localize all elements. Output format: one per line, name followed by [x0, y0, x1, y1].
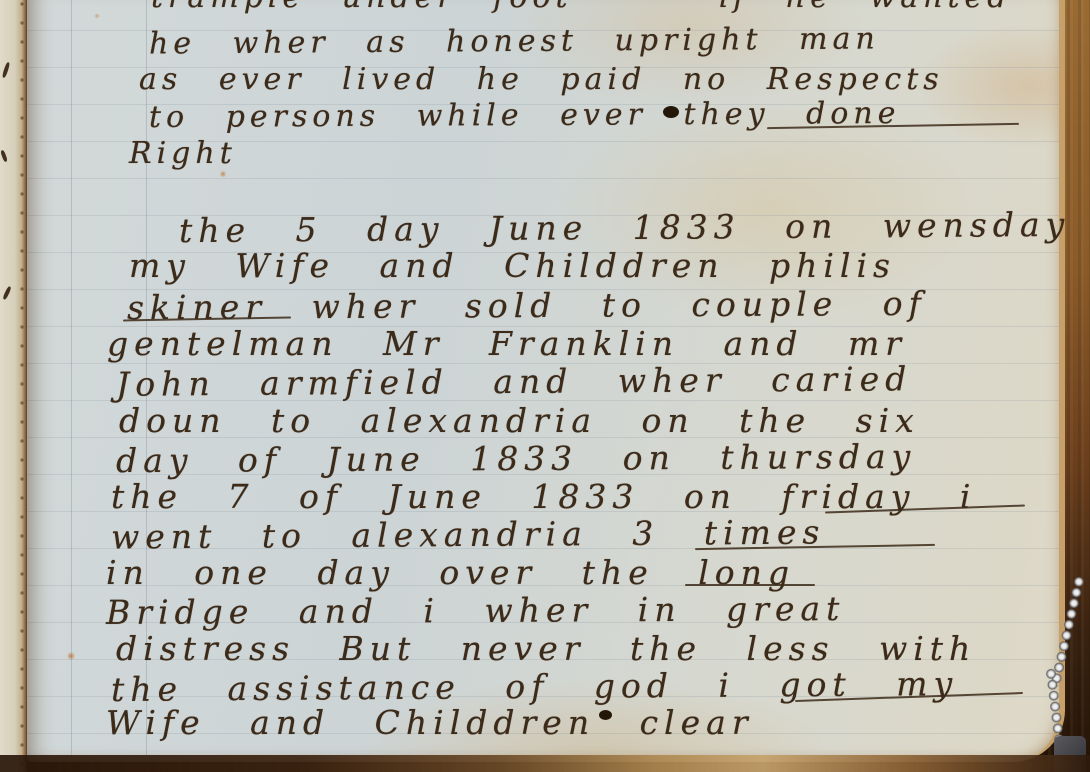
handwritten-line: as ever lived he paid no Respects [139, 62, 944, 97]
handwritten-line: doun to alexandria on the six [119, 401, 920, 440]
handwritten-line: Wife and Childdren clear [106, 703, 754, 742]
handwritten-line: John armfield and wher caried [116, 359, 913, 404]
ink-blot [663, 106, 679, 118]
handwritten-line: the 5 day June 1833 on wensday [179, 205, 1070, 250]
book-bottom-edge [0, 755, 1090, 772]
handwritten-line: Bridge and i wher in great [106, 589, 846, 632]
diary-photo: trample under foot if he wanted he wher … [0, 0, 1090, 772]
handwritten-line: he wher as honest upright man [149, 21, 880, 61]
handwritten-line: trample under foot if he wanted [151, 0, 1011, 15]
handwritten-line: day of June 1833 on thursday [116, 437, 916, 480]
handwritten-line: went to alexandria 3 times [111, 513, 826, 557]
adjacent-page-edge [0, 0, 27, 772]
handwritten-line: gentelman Mr Franklin and mr [107, 324, 907, 363]
handwritten-line: my Wife and Childdren philis [129, 246, 896, 285]
diary-page: trample under foot if he wanted he wher … [27, 0, 1065, 762]
handwritten-line: Right [129, 136, 237, 171]
handwritten-line: skiner wher sold to couple of [127, 284, 927, 327]
adjacent-page-ink-mark [0, 150, 8, 163]
adjacent-page-ink-mark [2, 62, 11, 78]
margin-rule-line [71, 0, 72, 762]
ink-underline [685, 584, 815, 586]
handwritten-line: distress But never the less with [116, 629, 976, 668]
ink-blot [599, 710, 612, 720]
adjacent-page-ink-mark [2, 286, 12, 300]
handwritten-line: in one day over the long [106, 553, 795, 592]
handwritten-line: to persons while ever they done [149, 96, 901, 135]
